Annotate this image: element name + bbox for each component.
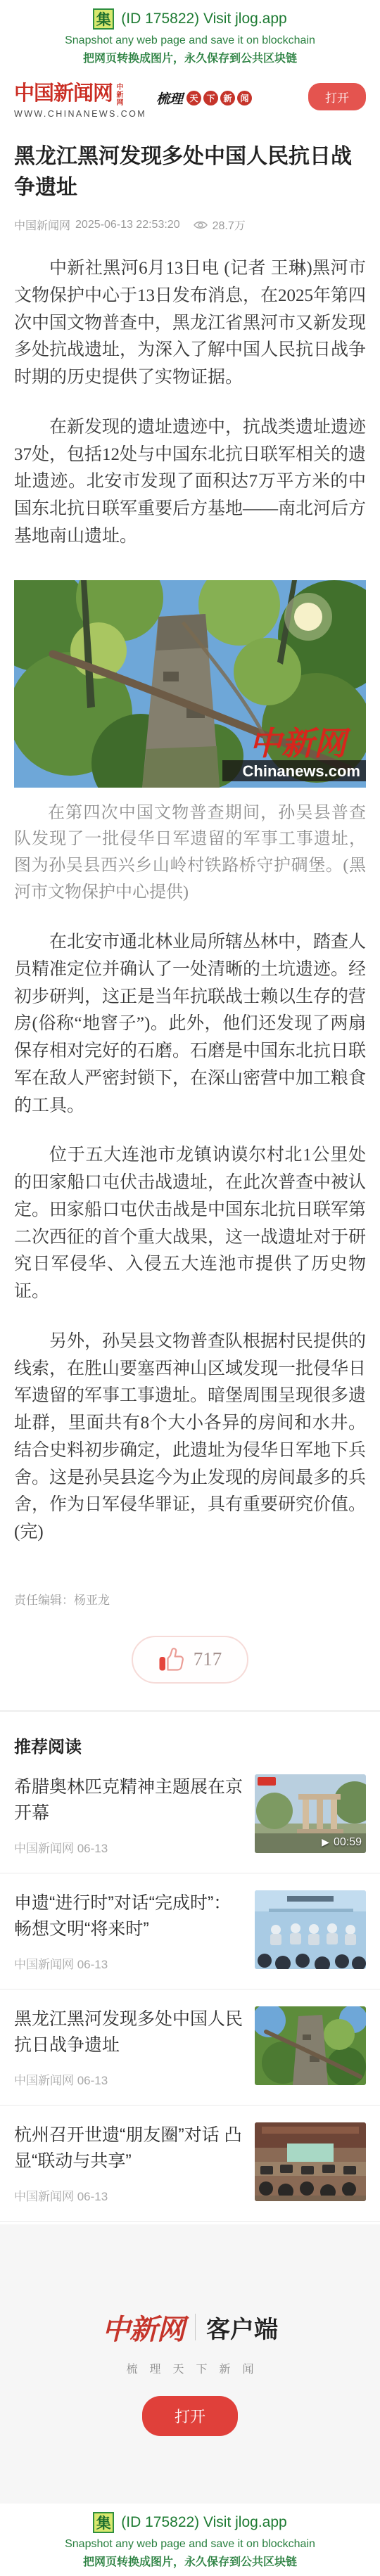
jlog-banner-title: 集 (ID 175822) Visit jlog.app — [0, 2512, 380, 2533]
chinanews-url: WWW.CHINANEWS.COM — [14, 109, 146, 119]
chinanews-logo-side-text: 中新网 — [115, 83, 122, 106]
open-app-button-footer[interactable]: 打开 — [142, 2396, 238, 2436]
recommend-heading: 推荐阅读 — [14, 1733, 366, 1757]
video-duration: 00:59 — [334, 1836, 362, 1849]
video-badge-icon — [258, 1777, 276, 1786]
recommend-item-title: 希腊奥林匹克精神主题展在京开幕 — [14, 1774, 243, 1827]
article-image: 中新网 Chinanews.com — [14, 580, 366, 788]
app-footer: 中新网 客户端 梳理天下新闻 打开 — [0, 2224, 380, 2504]
jlog-id-text: (ID 175822) Visit jlog.app — [121, 2514, 286, 2531]
recommend-item-text: 杭州召开世遗“朋友圈”对话 凸显“联动与共享” 中国新闻网 06-13 — [14, 2122, 243, 2204]
recommend-item[interactable]: 杭州召开世遗“朋友圈”对话 凸显“联动与共享” 中国新闻网 06-13 — [0, 2106, 380, 2222]
section-divider — [0, 1710, 380, 1712]
article-source: 中国新闻网 — [14, 217, 70, 233]
image-watermark-en: Chinanews.com — [243, 762, 360, 780]
article-meta: 中国新闻网 2025-06-13 22:53:20 28.7万 — [14, 217, 366, 233]
jlog-banner-title: 集 (ID 175822) Visit jlog.app — [0, 8, 380, 30]
image-caption: 在第四次中国文物普查期间，孙吴县普查队发现了一批侵华日军遗留的军事工事遗址，图为… — [14, 800, 366, 907]
like-section: 717 — [0, 1636, 380, 1684]
article-paragraph: 在新发现的遗址遗迹中，抗战类遗址遗迹37处，包括12处与中国东北抗日联军相关的遗… — [14, 414, 366, 551]
views-eye-icon — [194, 220, 208, 230]
article-image-illustration: 中新网 Chinanews.com — [14, 580, 366, 788]
recommend-item[interactable]: 黑龙江黑河发现多处中国人民抗日战争遗址 中国新闻网 06-13 — [0, 1989, 380, 2106]
editor-line: 责任编辑：杨亚龙 — [14, 1590, 366, 1608]
jlog-tagline-cn: 把网页转换成图片，永久保存到公共区块链 — [0, 49, 380, 65]
like-count: 717 — [194, 1648, 222, 1670]
chinanews-logo-text: 中国新闻网 — [14, 83, 113, 104]
recommend-item-text: 申遗“进行时”对话“完成时”：畅想文明“将来时” 中国新闻网 06-13 — [14, 1890, 243, 1972]
header-tagline: 梳理 天 下 新 闻 — [156, 89, 252, 108]
tagline-seal: 天 — [186, 91, 201, 105]
jlog-id-text: (ID 175822) Visit jlog.app — [121, 11, 286, 27]
article-paragraph: 位于五大连池市龙镇讷谟尔村北1公里处的田家船口屯伏击战遗址，在此次普查中被认定。… — [14, 1142, 366, 1306]
article-paragraph: 在北安市通北林业局所辖丛林中，踏查人员精准定位并确认了一处清晰的土坑遗迹。经初步… — [14, 929, 366, 1120]
chinanews-logo[interactable]: 中国新闻网 中新网 WWW.CHINANEWS.COM — [14, 83, 146, 119]
footer-logo-row: 中新网 客户端 — [0, 2307, 380, 2347]
recommend-item-source: 中国新闻网 06-13 — [14, 2186, 243, 2204]
article-title: 黑龙江黑河发现多处中国人民抗日战争遗址 — [14, 141, 366, 203]
footer-logo-divider — [195, 2314, 196, 2340]
recommend-item-thumbnail[interactable] — [255, 2006, 366, 2085]
recommend-item[interactable]: 申遗“进行时”对话“完成时”：畅想文明“将来时” 中国新闻网 06-13 — [0, 1873, 380, 1989]
recommend-item-source: 中国新闻网 06-13 — [14, 1954, 243, 1972]
article-datetime: 2025-06-13 22:53:20 — [75, 219, 180, 231]
thumbs-up-icon — [158, 1648, 185, 1672]
jlog-tagline-en: Snapshot any web page and save it on blo… — [0, 2538, 380, 2551]
tagline-seal: 新 — [220, 91, 235, 105]
recommend-item-title: 黑龙江黑河发现多处中国人民抗日战争遗址 — [14, 2006, 243, 2059]
article-paragraph: 另外，孙吴县文物普查队根据村民提供的线索，在胜山要塞西神山区域发现一批侵华日军遗… — [14, 1328, 366, 1546]
jlog-logo-icon: 集 — [93, 2512, 114, 2533]
image-watermark-cn: 中新网 — [249, 726, 351, 762]
recommend-item-thumbnail[interactable] — [255, 2122, 366, 2201]
footer-client-label: 客户端 — [206, 2310, 278, 2345]
tagline-seal: 闻 — [237, 91, 252, 105]
article-paragraph: 中新社黑河6月13日电 (记者 王琳)黑河市文物保护中心于13日发布消息，在20… — [14, 255, 366, 392]
view-count: 28.7万 — [213, 217, 246, 233]
jlog-banner-bottom[interactable]: 集 (ID 175822) Visit jlog.app Snapshot an… — [0, 2504, 380, 2576]
jlog-tagline-en: Snapshot any web page and save it on blo… — [0, 34, 380, 47]
tagline-seal: 下 — [203, 91, 218, 105]
recommend-item-source: 中国新闻网 06-13 — [14, 1838, 243, 1856]
site-header: 中国新闻网 中新网 WWW.CHINANEWS.COM 梳理 天 下 新 闻 打… — [0, 72, 380, 122]
play-icon: ▶ — [322, 1836, 329, 1848]
jlog-banner-top[interactable]: 集 (ID 175822) Visit jlog.app Snapshot an… — [0, 0, 380, 72]
jlog-tagline-cn: 把网页转换成图片，永久保存到公共区块链 — [0, 2553, 380, 2569]
tagline-prefix: 梳理 — [156, 89, 183, 108]
video-play-overlay: ▶ 00:59 — [322, 1836, 362, 1849]
footer-logo-text: 中新网 — [102, 2307, 184, 2347]
jlog-logo-icon: 集 — [93, 8, 114, 30]
page: 集 (ID 175822) Visit jlog.app Snapshot an… — [0, 0, 380, 2576]
recommend-item-thumbnail[interactable]: ▶ 00:59 — [255, 1774, 366, 1853]
open-app-button-header[interactable]: 打开 — [308, 83, 366, 110]
recommend-item-title: 申遗“进行时”对话“完成时”：畅想文明“将来时” — [14, 1890, 243, 1943]
footer-tagline: 梳理天下新闻 — [0, 2360, 380, 2376]
recommend-item-text: 希腊奥林匹克精神主题展在京开幕 中国新闻网 06-13 — [14, 1774, 243, 1856]
recommend-item-thumbnail[interactable] — [255, 1890, 366, 1969]
recommend-item-title: 杭州召开世遗“朋友圈”对话 凸显“联动与共享” — [14, 2122, 243, 2175]
recommend-item[interactable]: 希腊奥林匹克精神主题展在京开幕 中国新闻网 06-13 ▶ 00:59 — [0, 1757, 380, 1873]
like-button[interactable]: 717 — [132, 1636, 249, 1684]
recommend-item-text: 黑龙江黑河发现多处中国人民抗日战争遗址 中国新闻网 06-13 — [14, 2006, 243, 2088]
recommend-item-source: 中国新闻网 06-13 — [14, 2070, 243, 2088]
